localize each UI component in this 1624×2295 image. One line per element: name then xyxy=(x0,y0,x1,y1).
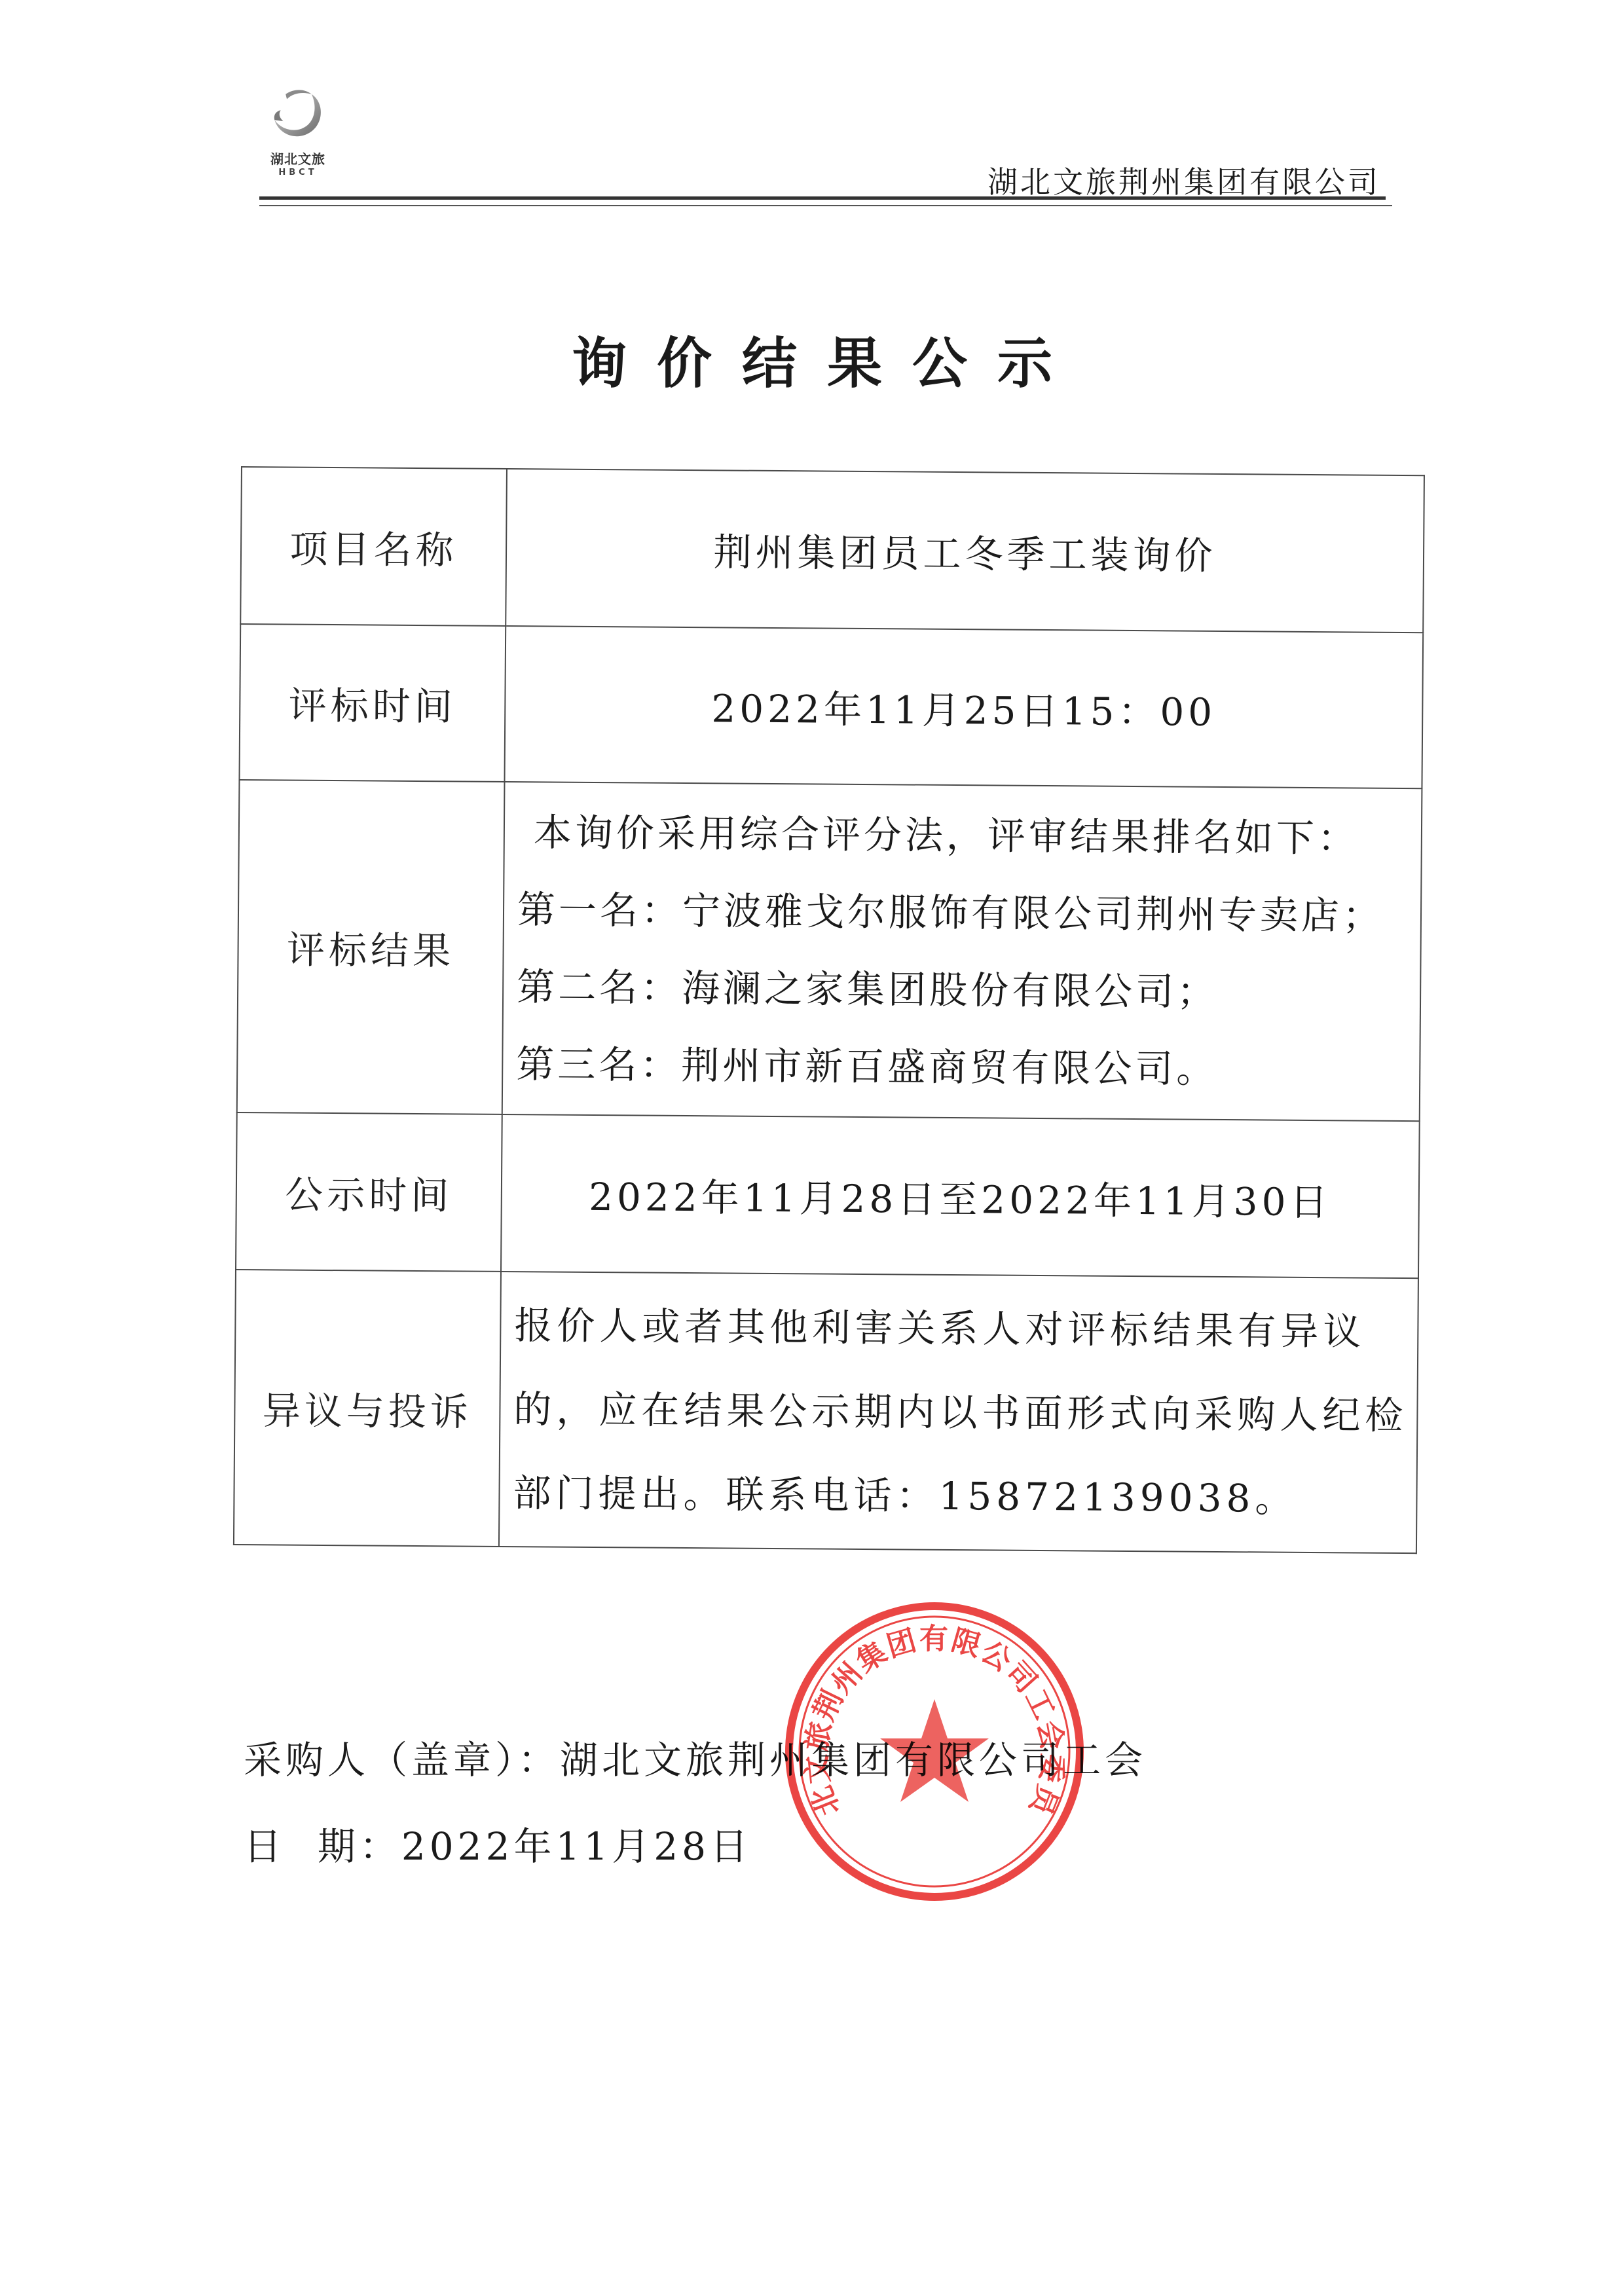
project-name-label: 项目名称 xyxy=(240,467,507,626)
logo-text-en: HBCT xyxy=(259,168,337,177)
date-label: 日 期： xyxy=(244,1824,401,1869)
logo-swirl-icon xyxy=(267,82,329,143)
ranking-1-company: 宁波雅戈尔服饰有限公司荆州专卖店； xyxy=(682,889,1384,938)
ranking-item-2: 第二名：海澜之家集团股份有限公司； xyxy=(517,948,1414,1032)
ranking-item-1: 第一名：宁波雅戈尔服饰有限公司荆州专卖店； xyxy=(517,871,1414,955)
ranking-item-3: 第三名：荆州市新百盛商贸有限公司。 xyxy=(516,1025,1413,1109)
objection-value: 报价人或者其他利害关系人对评标结果有异议 的，应在结果公示期内以书面形式向采购人… xyxy=(499,1272,1418,1553)
letterhead-company-name: 湖北文旅荆州集团有限公司 xyxy=(987,158,1380,202)
letterhead-rule-thick xyxy=(259,196,1386,200)
eval-time-value: 2022年11月25日15：00 xyxy=(504,626,1423,788)
date-value: 2022年11月28日 xyxy=(401,1824,752,1869)
date-line: 日 期：2022年11月28日 xyxy=(244,1803,1147,1890)
logo-text-cn: 湖北文旅 xyxy=(259,149,337,168)
project-name-value: 荆州集团员工冬季工装询价 xyxy=(506,469,1424,633)
publicity-period-label: 公示时间 xyxy=(236,1112,502,1272)
ranking-2-rank: 第二名： xyxy=(517,964,682,1010)
table-row-eval-time: 评标时间 2022年11月25日15：00 xyxy=(239,624,1423,788)
company-logo: 湖北文旅 HBCT xyxy=(259,82,337,177)
table-row-eval-result: 评标结果 本询价采用综合评分法，评审结果排名如下： 第一名：宁波雅戈尔服饰有限公… xyxy=(237,780,1422,1121)
objection-line-3: 部门提出。联系电话：15872139038。 xyxy=(513,1451,1410,1541)
eval-result-intro: 本询价采用综合评分法，评审结果排名如下： xyxy=(517,794,1414,877)
eval-result-label: 评标结果 xyxy=(237,780,505,1114)
signature-block: 采购人（盖章）：湖北文旅荆州集团有限公司工会 日 期：2022年11月28日 xyxy=(244,1717,1147,1890)
objection-line-2: 的，应在结果公示期内以书面形式向采购人纪检 xyxy=(513,1367,1411,1458)
objection-line-1: 报价人或者其他利害关系人对评标结果有异议 xyxy=(514,1283,1411,1374)
eval-result-value: 本询价采用综合评分法，评审结果排名如下： 第一名：宁波雅戈尔服饰有限公司荆州专卖… xyxy=(502,782,1422,1121)
table-row-project: 项目名称 荆州集团员工冬季工装询价 xyxy=(240,467,1424,633)
purchaser-value: 湖北文旅荆州集团有限公司工会 xyxy=(560,1738,1147,1782)
table-row-objection: 异议与投诉 报价人或者其他利害关系人对评标结果有异议 的，应在结果公示期内以书面… xyxy=(234,1270,1418,1553)
table-row-publicity-period: 公示时间 2022年11月28日至2022年11月30日 xyxy=(236,1112,1420,1278)
letterhead-rule-thin xyxy=(259,205,1392,206)
inquiry-result-table: 项目名称 荆州集团员工冬季工装询价 评标时间 2022年11月25日15：00 … xyxy=(233,466,1425,1554)
objection-label: 异议与投诉 xyxy=(234,1270,501,1547)
ranking-1-rank: 第一名： xyxy=(517,887,683,933)
purchaser-line: 采购人（盖章）：湖北文旅荆州集团有限公司工会 xyxy=(244,1717,1147,1803)
purchaser-label: 采购人（盖章）： xyxy=(244,1738,560,1782)
publicity-period-value: 2022年11月28日至2022年11月30日 xyxy=(501,1114,1420,1278)
document-title: 询价结果公示 xyxy=(0,320,1624,399)
eval-time-label: 评标时间 xyxy=(239,624,506,782)
ranking-3-company: 荆州市新百盛商贸有限公司。 xyxy=(681,1043,1217,1092)
ranking-2-company: 海澜之家集团股份有限公司； xyxy=(682,966,1218,1014)
ranking-3-rank: 第三名： xyxy=(516,1042,682,1088)
